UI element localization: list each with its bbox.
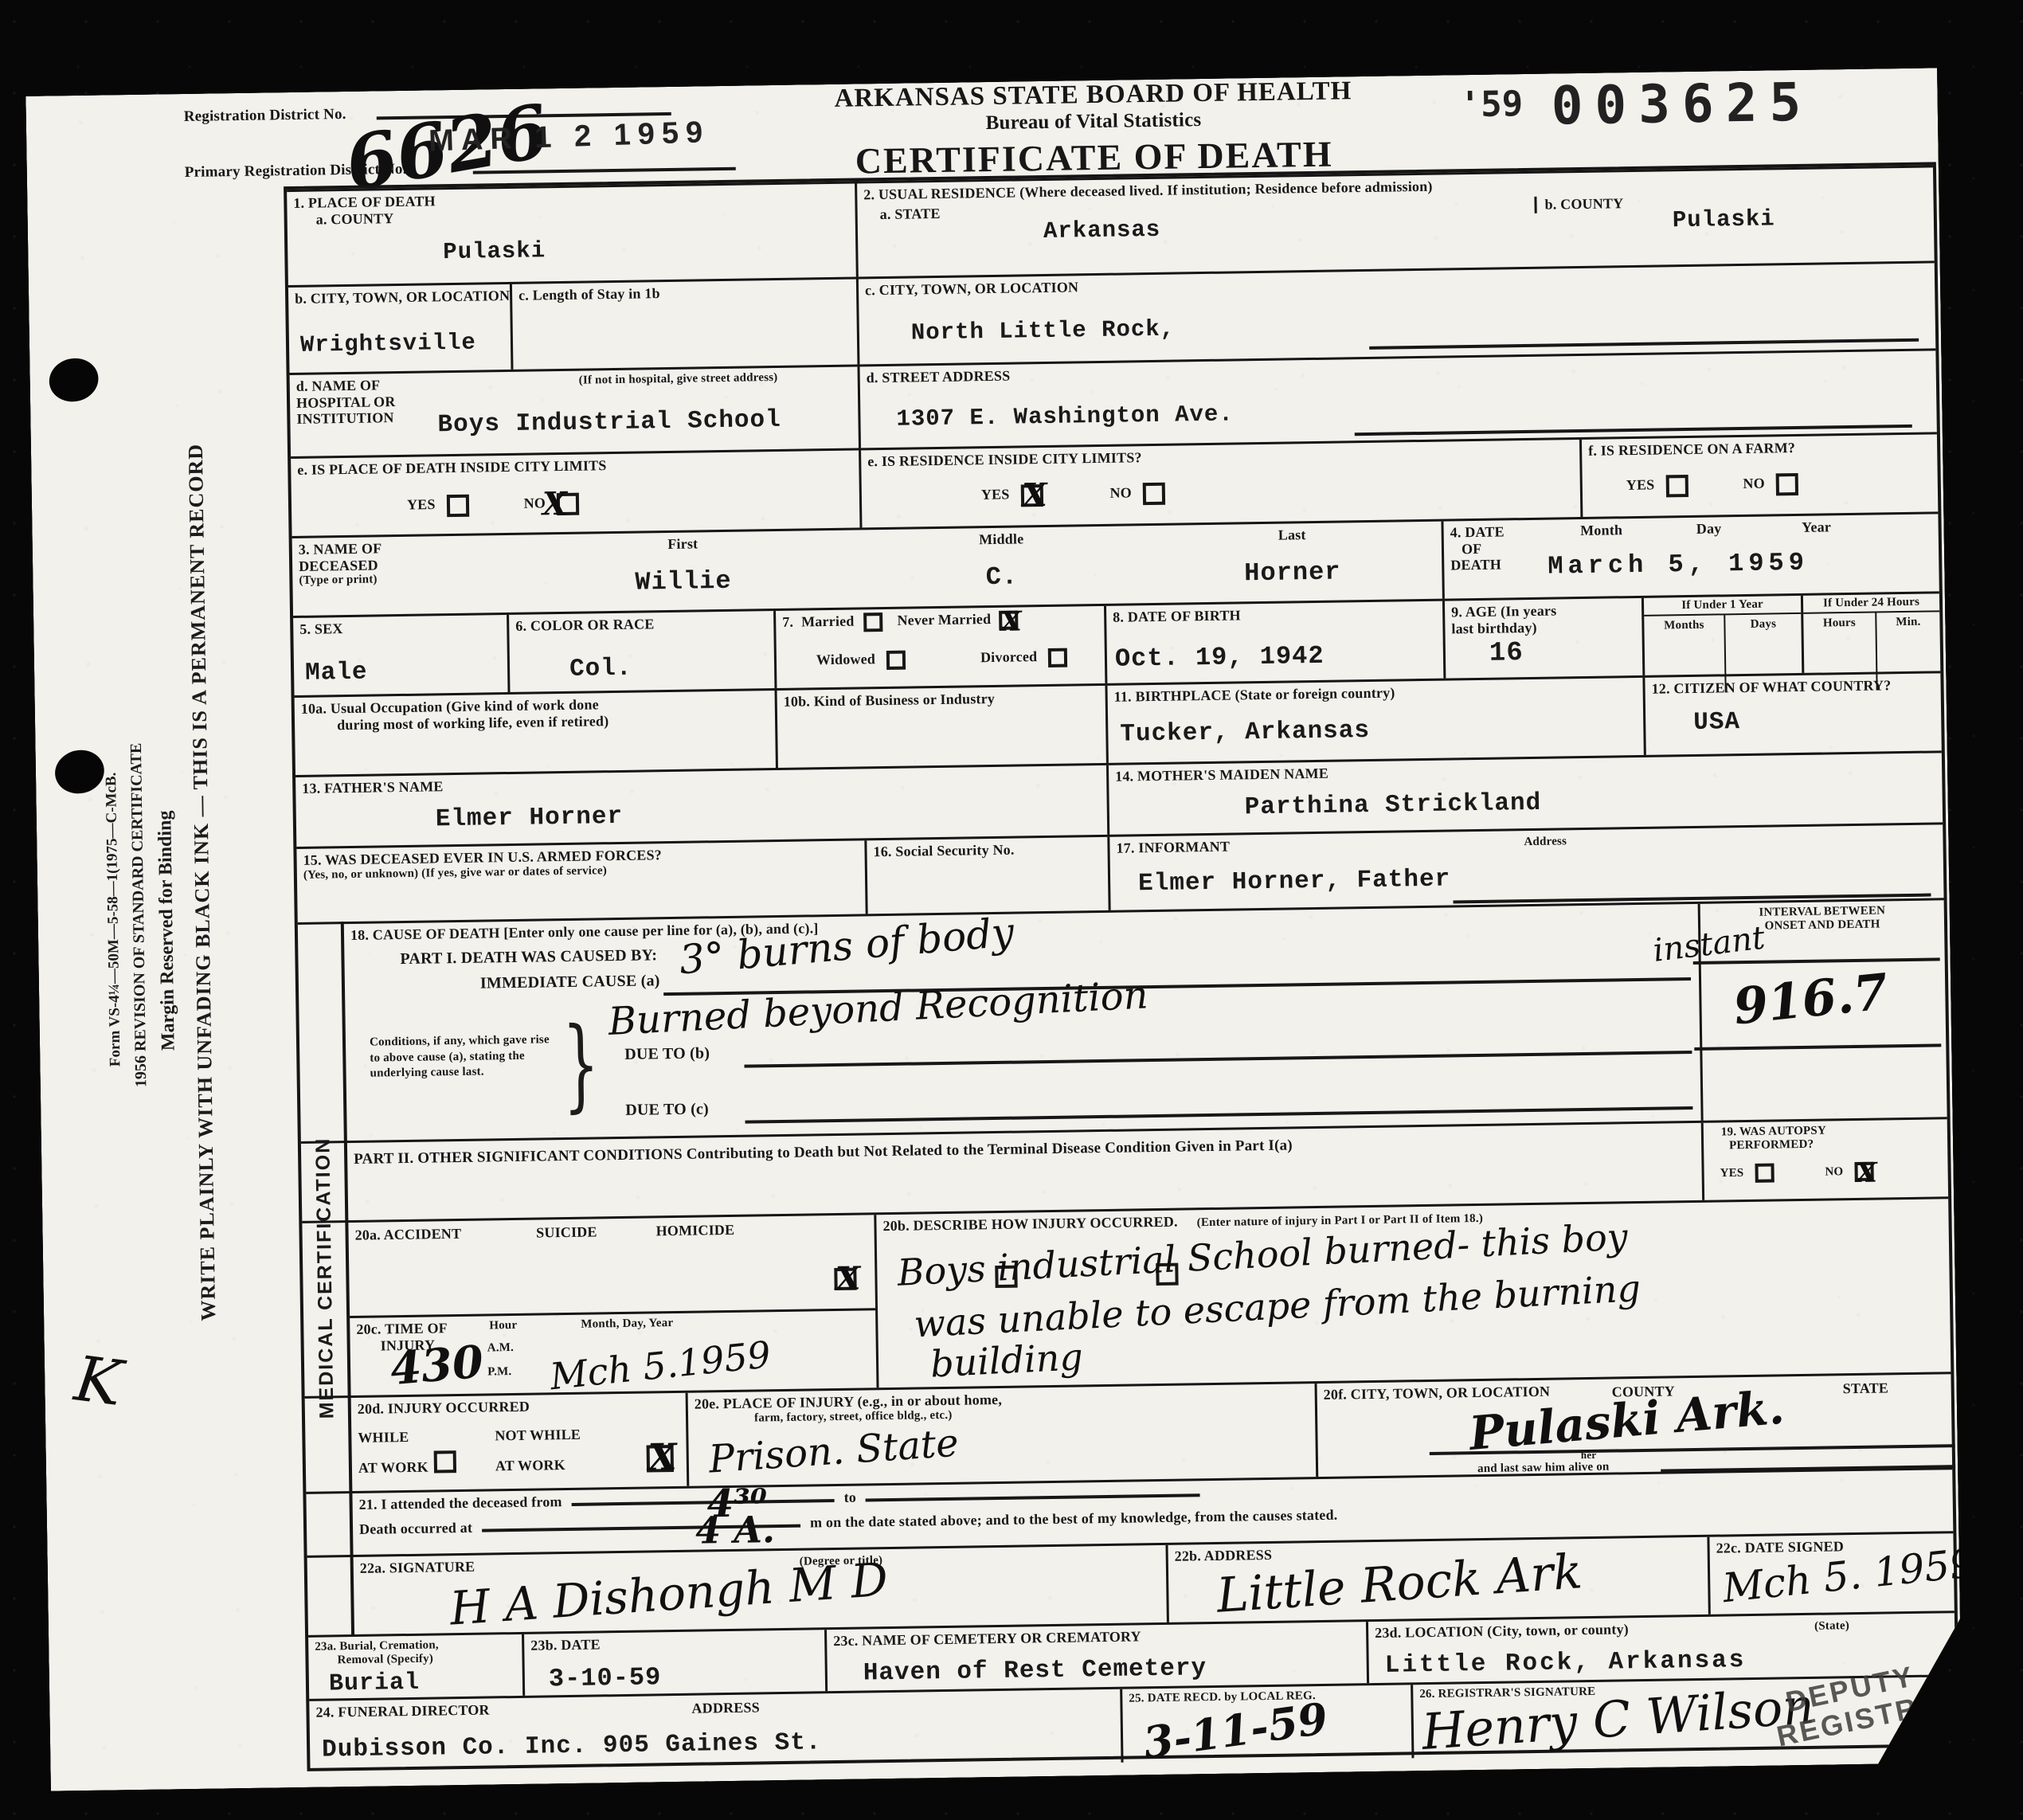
death-time-handwritten: 4 A. — [695, 1508, 776, 1552]
cemetery-label: 23c. NAME OF CEMETERY OR CREMATORY — [833, 1625, 1360, 1649]
field-burial-date: 23b. DATE 3-10-59 — [522, 1630, 825, 1696]
divorced-label: Divorced — [980, 648, 1038, 665]
homicide-label: HOMICIDE — [655, 1222, 734, 1239]
field-physician-signature: 22a. SIGNATURE (Degree or title) H A Dis… — [354, 1545, 1167, 1634]
field-residence-county: b. COUNTY Pulaski — [1534, 190, 1927, 213]
sex-value: Male — [305, 659, 368, 687]
length-of-stay-label: c. Length of Stay in 1b — [518, 283, 850, 304]
field-place-of-death: 1. PLACE OF DEATH a. COUNTY Pulaski — [287, 183, 856, 285]
middle-name-value: C. — [867, 560, 1137, 593]
no-label: NO — [1743, 475, 1765, 491]
rule-line — [744, 1049, 1692, 1068]
field-date-received: 25. DATE RECD. by LOCAL REG. 3-11-59 — [1120, 1685, 1411, 1762]
margin-revision-note: 1956 REVISION OF STANDARD CERTIFICATE — [127, 743, 151, 1088]
row-accident-injury: 20a. ACCIDENT SUICIDE HOMICIDE X 20c. TI… — [302, 1196, 1951, 1396]
field-accident-suicide-homicide: 20a. ACCIDENT SUICIDE HOMICIDE X — [348, 1215, 875, 1318]
header-title-block: ARKANSAS STATE BOARD OF HEALTH Bureau of… — [790, 76, 1397, 183]
field-residence-city-limits: e. IS RESIDENCE INSIDE CITY LIMITS? YES … — [859, 440, 1580, 527]
burial-date-value: 3-10-59 — [549, 1662, 662, 1693]
cemetery-value: Haven of Rest Cemetery — [863, 1654, 1207, 1687]
signature-address-label: 22b. ADDRESS — [1175, 1547, 1273, 1564]
field-marital-status: 7. Married Never Married X Widowed Divor… — [773, 606, 1105, 688]
under-one-year-header: If Under 1 Year — [1644, 596, 1801, 616]
burial-date-label: 23b. DATE — [530, 1633, 818, 1654]
first-name-header: First — [512, 534, 854, 555]
field-time-of-injury: 20c. TIME OF INJURY Hour A.M. P.M. Month… — [350, 1310, 876, 1395]
residence-city-limits-label: e. IS RESIDENCE INSIDE CITY LIMITS? — [867, 443, 1573, 470]
hospital-value: Boys Industrial School — [437, 406, 781, 439]
field-date-of-birth: 8. DATE OF BIRTH Oct. 19, 1942 — [1104, 601, 1443, 683]
conditions-note: Conditions, if any, which gave rise to a… — [370, 1032, 562, 1082]
field-last-name: Last Horner — [1143, 522, 1442, 604]
margin-handwritten-mark: K — [71, 1343, 126, 1420]
checkbox-never-married: X — [999, 611, 1018, 630]
color-race-value: Col. — [569, 655, 632, 683]
checkbox-autopsy-no-mark: X — [1856, 1157, 1877, 1189]
conditions-brace: } — [562, 1005, 600, 1123]
county-value: Pulaski — [443, 237, 546, 265]
checkbox-accident: X — [834, 1268, 856, 1290]
checkbox-accident-mark: X — [835, 1260, 861, 1297]
at-work-label-1: AT WORK — [358, 1459, 428, 1477]
field-length-of-stay: c. Length of Stay in 1b — [510, 279, 858, 369]
cemetery-location-state-label: (State) — [1814, 1619, 1849, 1634]
field-birthplace: 11. BIRTHPLACE (State or foreign country… — [1105, 678, 1643, 763]
no-label: NO — [1109, 484, 1132, 500]
never-married-label: Never Married — [897, 611, 991, 628]
injury-occurred-label: 20d. INJURY OCCURRED — [358, 1396, 679, 1418]
suicide-label: SUICIDE — [536, 1223, 597, 1240]
immediate-cause-handwritten-value: Burned beyond Recognition — [607, 973, 1148, 1044]
date-signed-label: 22c. DATE SIGNED — [1716, 1538, 1844, 1556]
field-age: 9. AGE (In years last birthday) 16 — [1442, 598, 1642, 679]
while-label: WHILE — [358, 1429, 409, 1446]
immediate-cause-label: IMMEDIATE CAUSE (a) — [480, 972, 660, 992]
punch-hole — [51, 746, 108, 798]
field-injury-city-county-state: 20f. CITY, TOWN, OR LOCATION COUNTY STAT… — [1315, 1374, 1953, 1477]
injury-city-label: 20f. CITY, TOWN, OR LOCATION — [1324, 1384, 1551, 1403]
margin-permanent-record-note: WRITE PLAINLY WITH UNFADING BLACK INK — … — [184, 444, 221, 1321]
field-date-signed: 22c. DATE SIGNED Mch 5. 1959 — [1707, 1533, 1954, 1615]
death-city-label: b. CITY, TOWN, OR LOCATION — [295, 288, 503, 307]
birthplace-label: 11. BIRTHPLACE (State or foreign country… — [1114, 681, 1637, 705]
field-mother-name: 14. MOTHER'S MAIDEN NAME Parthina Strick… — [1106, 753, 1943, 835]
field-hospital: d. NAME OF HOSPITAL OR INSTITUTION (If n… — [290, 366, 859, 456]
checkbox-no — [1776, 473, 1798, 495]
checkbox-yes — [446, 495, 468, 517]
field-interval-onset-death: INTERVAL BETWEEN ONSET AND DEATH instant… — [1698, 900, 1947, 1121]
death-city-value: Wrightsville — [300, 330, 476, 358]
birthplace-value: Tucker, Arkansas — [1120, 717, 1370, 749]
burial-label-2: Removal (Specify) — [337, 1651, 515, 1668]
hour-handwritten-value: 430 — [388, 1336, 485, 1396]
middle-name-header: Middle — [867, 529, 1137, 550]
field-death-city: b. CITY, TOWN, OR LOCATION Wrightsville — [288, 284, 511, 373]
checkbox-no — [1143, 483, 1165, 505]
rule-line — [866, 1492, 1200, 1501]
burial-type-value: Burial — [329, 1669, 421, 1698]
citizen-value: USA — [1693, 708, 1740, 737]
checkbox-while-at-work — [434, 1450, 456, 1473]
checkbox-no: X — [557, 493, 579, 515]
field-informant: 17. INFORMANT Address Elmer Horner, Fath… — [1107, 824, 1943, 910]
field-residence-farm: f. IS RESIDENCE ON A FARM? YES NO — [1579, 434, 1938, 517]
residence-city-value: North Little Rock, — [911, 316, 1176, 346]
field-injury-occurred: 20d. INJURY OCCURRED WHILE NOT WHILE X A… — [351, 1393, 687, 1491]
rule-line — [1369, 337, 1919, 350]
checkbox-no-mark: X — [542, 485, 568, 523]
informant-value: Elmer Horner, Father — [1138, 865, 1451, 898]
residence-county-value: Pulaski — [1673, 205, 1775, 233]
age-label-2: last birthday) — [1451, 618, 1635, 637]
pm-label: P.M. — [487, 1365, 512, 1380]
yes-label: YES — [1720, 1167, 1744, 1180]
field-cemetery-name: 23c. NAME OF CEMETERY OR CREMATORY Haven… — [824, 1622, 1367, 1691]
field-color-race: 6. COLOR OR RACE Col. — [507, 611, 774, 692]
field-burial-type: 23a. Burial, Cremation, Removal (Specify… — [308, 1634, 522, 1699]
field-name-of-deceased: 3. NAME OF DECEASED (Type or print) — [292, 535, 507, 616]
certificate-paper: Form VS-4¼—50M—5-58—1(1975—C-McB. 1956 R… — [25, 68, 1962, 1791]
describe-injury-label: 20b. DESCRIBE HOW INJURY OCCURRED. — [882, 1214, 1177, 1234]
widowed-label: Widowed — [816, 651, 875, 667]
field-middle-name: Middle C. — [860, 526, 1144, 607]
certificate-series: '59 — [1459, 84, 1523, 125]
field-usual-residence: 2. USUAL RESIDENCE (Where deceased lived… — [855, 167, 1935, 276]
checkbox-yes — [1665, 475, 1688, 497]
ssn-label: 16. Social Security No. — [873, 840, 1101, 860]
residence-farm-label: f. IS RESIDENCE ON A FARM? — [1588, 437, 1931, 459]
state-label: a. STATE — [880, 205, 941, 222]
checkbox-autopsy-yes — [1755, 1164, 1774, 1183]
field-describe-injury: 20b. DESCRIBE HOW INJURY OCCURRED. (Ente… — [874, 1199, 1951, 1388]
rule-line — [572, 1497, 835, 1506]
injury-description-line-3: building — [929, 1335, 1084, 1385]
checkbox-not-while-at-work: X — [647, 1445, 675, 1473]
mother-name-label: 14. MOTHER'S MAIDEN NAME — [1115, 756, 1935, 785]
field-street-address: d. STREET ADDRESS 1307 E. Washington Ave… — [857, 350, 1936, 448]
physician-signature-handwritten: H A Dishongh M D — [448, 1552, 890, 1636]
father-name-value: Elmer Horner — [436, 803, 624, 833]
funeral-director-label: 24. FUNERAL DIRECTOR — [315, 1702, 489, 1720]
dob-value: Oct. 19, 1942 — [1115, 641, 1325, 674]
checkbox-married — [863, 613, 882, 632]
last-name-header: Last — [1149, 525, 1435, 546]
hour-header: Hour — [489, 1319, 517, 1333]
field-funeral-director: 24. FUNERAL DIRECTOR ADDRESS Dubisson Co… — [309, 1689, 1121, 1775]
dod-label-3: DEATH — [1450, 556, 1546, 573]
yes-label: YES — [407, 496, 436, 513]
due-to-b-label: DUE TO (b) — [624, 1044, 710, 1064]
field-armed-forces: 15. WAS DECEASED EVER IN U.S. ARMED FORC… — [296, 840, 865, 922]
not-while-label: NOT WHILE — [495, 1427, 581, 1444]
her-correction: her — [1581, 1450, 1597, 1462]
field-father-name: 13. FATHER'S NAME Elmer Horner — [295, 765, 1107, 847]
funeral-director-value: Dubisson Co. Inc. 905 Gaines St. — [322, 1728, 822, 1763]
field-residence-city: c. CITY, TOWN, OR LOCATION North Little … — [856, 263, 1935, 364]
field-cause-of-death: 18. CAUSE OF DEATH [Enter only one cause… — [344, 904, 1701, 1141]
death-occurred-tail: m on the date stated above; and to the b… — [810, 1507, 1338, 1531]
signature-label: 22a. SIGNATURE — [360, 1559, 475, 1576]
mother-name-value: Parthina Strickland — [1245, 789, 1542, 822]
name-label-3: (Type or print) — [299, 572, 499, 589]
dod-label-1: 4. DATE — [1450, 523, 1546, 541]
residence-county-label: b. COUNTY — [1544, 195, 1623, 212]
checkbox-divorced — [1048, 648, 1067, 667]
field-business-industry: 10b. Kind of Business or Industry — [775, 686, 1106, 768]
checkbox-autopsy-no: X — [1854, 1162, 1873, 1181]
row-cause-of-death: 18. CAUSE OF DEATH [Enter only one cause… — [298, 898, 1947, 1141]
field-place-of-injury: 20e. PLACE OF INJURY (e.g., in or about … — [686, 1384, 1317, 1486]
at-work-label-2: AT WORK — [495, 1457, 565, 1474]
hospital-label-3: INSTITUTION — [296, 409, 444, 428]
citizen-label: 12. CITIZEN OF WHAT COUNTRY? — [1651, 676, 1934, 697]
field-citizen: 12. CITIZEN OF WHAT COUNTRY? USA — [1642, 673, 1941, 755]
field-death-city-limits: e. IS PLACE OF DEATH INSIDE CITY LIMITS … — [291, 450, 859, 536]
business-industry-label: 10b. Kind of Business or Industry — [784, 689, 1099, 710]
punch-hole — [45, 354, 102, 406]
certificate-number: 003625 — [1551, 72, 1814, 137]
checkbox-never-married-mark: X — [1000, 606, 1022, 638]
married-label: Married — [801, 613, 855, 630]
accident-time-stack: 20a. ACCIDENT SUICIDE HOMICIDE X 20c. TI… — [348, 1215, 876, 1395]
checkbox-not-while-mark: X — [648, 1435, 677, 1479]
field-sex: 5. SEX Male — [293, 615, 507, 695]
scanned-death-certificate: { "margin": { "form_no": "Form VS-4¼—50M… — [0, 0, 2023, 1820]
death-city-limits-label: e. IS PLACE OF DEATH INSIDE CITY LIMITS — [297, 454, 852, 479]
hospital-label-2: HOSPITAL OR — [296, 393, 444, 411]
marital-number: 7. — [782, 614, 793, 630]
funeral-director-address-header: ADDRESS — [691, 1699, 760, 1716]
field-under-24-hours: If Under 24 Hours Hours Min. — [1801, 593, 1940, 673]
sex-label: 5. SEX — [299, 618, 500, 637]
dob-label: 8. DATE OF BIRTH — [1113, 605, 1436, 626]
checkbox-widowed — [886, 651, 906, 670]
rule-line — [1694, 1042, 1941, 1051]
month-day-year-header: Month, Day, Year — [581, 1317, 673, 1332]
field-first-name: First Willie — [506, 530, 861, 613]
first-name-value: Willie — [512, 564, 855, 598]
injury-state-header: STATE — [1843, 1380, 1889, 1397]
death-occurred-label: Death occurred at — [359, 1520, 472, 1537]
place-of-injury-handwritten-value: Prison. State — [707, 1421, 960, 1482]
field-occupation: 10a. Usual Occupation (Give kind of work… — [295, 691, 776, 775]
checkbox-yes: X — [1020, 484, 1043, 507]
certificate-form: MEDICAL CERTIFICATION 1. PLACE OF DEATH … — [284, 162, 1959, 1771]
margin-form-number: Form VS-4¼—50M—5-58—1(1975—C-McB. — [103, 772, 124, 1067]
registration-district-label: Registration District No. — [184, 106, 346, 126]
field-registrar-signature: 26. REGISTRAR'S SIGNATURE Henry C Wilson… — [1411, 1677, 1956, 1758]
field-autopsy: 19. WAS AUTOPSY PERFORMED? YES NO X — [1701, 1119, 1948, 1200]
attended-label: 21. I attended the deceased from — [358, 1493, 562, 1513]
cemetery-location-label: 23d. LOCATION (City, town, or county) — [1375, 1621, 1629, 1641]
accident-label: 20a. ACCIDENT — [354, 1226, 461, 1243]
informant-address-header: Address — [1524, 835, 1567, 849]
color-race-label: 6. COLOR OR RACE — [515, 614, 767, 634]
field-signature-address: 22b. ADDRESS Little Rock Ark — [1165, 1537, 1708, 1622]
dod-value: March 5, 1959 — [1548, 548, 1809, 581]
state-value: Arkansas — [1043, 216, 1161, 244]
margin-binding-note: Margin Reserved for Binding — [155, 810, 179, 1051]
no-label: NO — [1825, 1165, 1843, 1178]
autopsy-label-2: PERFORMED? — [1729, 1137, 1941, 1153]
due-to-c-label: DUE TO (c) — [625, 1100, 709, 1120]
dod-label-2: OF — [1461, 539, 1546, 557]
checkbox-yes-mark: X — [1022, 476, 1047, 514]
field-under-one-year: If Under 1 Year Months Days — [1641, 596, 1802, 675]
field-ssn: 16. Social Security No. — [864, 837, 1108, 914]
cemetery-location-value: Little Rock, Arkansas — [1385, 1646, 1747, 1680]
father-name-label: 13. FATHER'S NAME — [302, 769, 1100, 797]
street-address-value: 1307 E. Washington Ave. — [896, 401, 1234, 432]
yes-label: YES — [981, 486, 1010, 503]
under-24-hours-header: If Under 24 Hours — [1803, 593, 1939, 614]
attended-to-label: to — [843, 1489, 856, 1505]
interval-code-handwritten: 916.7 — [1731, 962, 1891, 1035]
am-label: A.M. — [487, 1341, 515, 1356]
yes-label: YES — [1626, 476, 1655, 493]
age-value: 16 — [1489, 638, 1524, 669]
part1-label: PART I. DEATH WAS CAUSED BY: — [400, 946, 657, 969]
rule-line — [745, 1105, 1692, 1124]
hospital-label-1: d. NAME OF — [296, 376, 444, 394]
last-name-value: Horner — [1149, 555, 1436, 589]
field-date-of-death: 4. DATE OF DEATH Month Day Year March 5,… — [1441, 514, 1939, 598]
